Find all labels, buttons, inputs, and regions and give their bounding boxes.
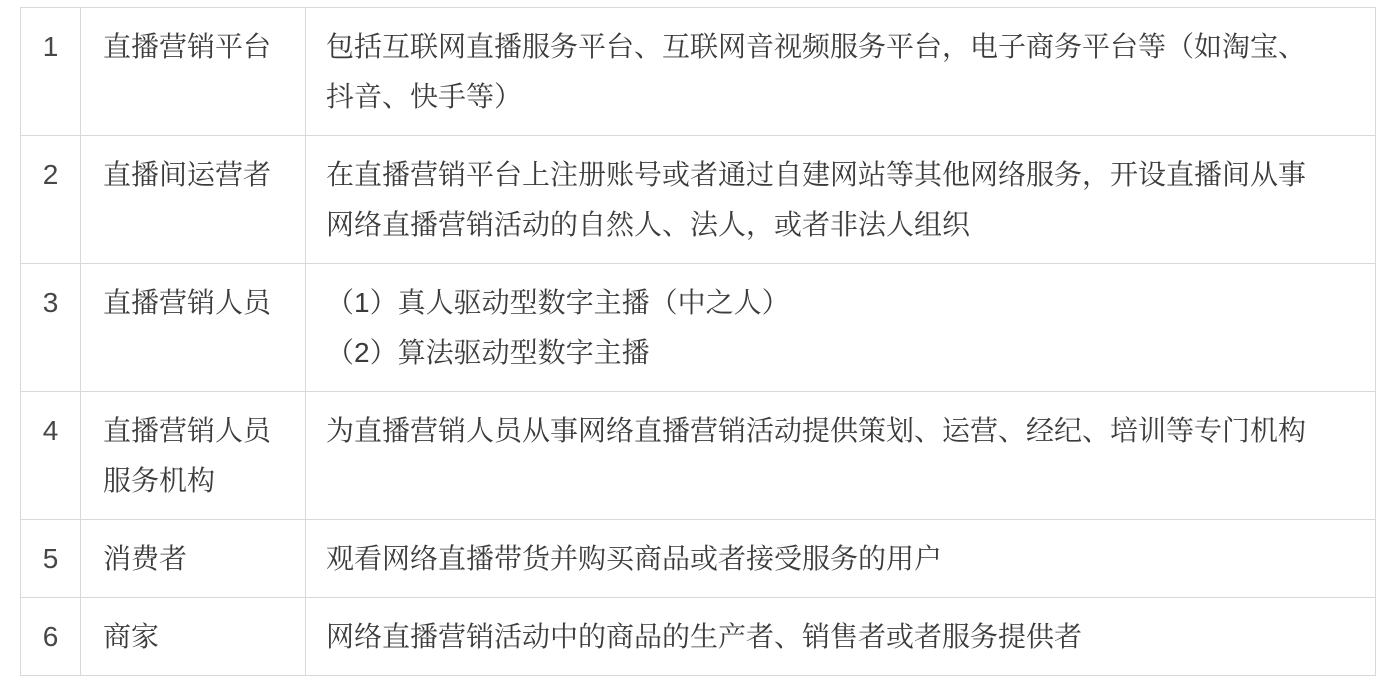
definition-cell: 在直播营销平台上注册账号或者通过自建网站等其他网络服务，开设直播间从事网络直播营… bbox=[306, 136, 1376, 264]
definition-line: 在直播营销平台上注册账号或者通过自建网站等其他网络服务，开设直播间从事 bbox=[326, 150, 1353, 200]
row-number-cell: 2 bbox=[21, 136, 81, 264]
row-number-cell: 6 bbox=[21, 598, 81, 676]
definitions-table: 1 直播营销平台 包括互联网直播服务平台、互联网音视频服务平台，电子商务平台等（… bbox=[20, 7, 1376, 676]
definition-cell: 网络直播营销活动中的商品的生产者、销售者或者服务提供者 bbox=[306, 598, 1376, 676]
row-number-cell: 3 bbox=[21, 264, 81, 392]
table-row: 3 直播营销人员 （1）真人驱动型数字主播（中之人）（2）算法驱动型数字主播 bbox=[21, 264, 1376, 392]
term-line: 直播营销人员 bbox=[103, 278, 285, 328]
term-cell: 直播营销人员服务机构 bbox=[81, 392, 306, 520]
term-cell: 直播营销人员 bbox=[81, 264, 306, 392]
definition-line: （2）算法驱动型数字主播 bbox=[326, 328, 1353, 378]
document-page: 1 直播营销平台 包括互联网直播服务平台、互联网音视频服务平台，电子商务平台等（… bbox=[0, 0, 1388, 700]
definition-line: （1）真人驱动型数字主播（中之人） bbox=[326, 278, 1353, 328]
definition-line: 观看网络直播带货并购买商品或者接受服务的用户 bbox=[326, 534, 1353, 584]
row-number-cell: 1 bbox=[21, 8, 81, 136]
table-row: 2 直播间运营者 在直播营销平台上注册账号或者通过自建网站等其他网络服务，开设直… bbox=[21, 136, 1376, 264]
definition-cell: 观看网络直播带货并购买商品或者接受服务的用户 bbox=[306, 520, 1376, 598]
term-line: 商家 bbox=[103, 612, 285, 662]
term-cell: 直播营销平台 bbox=[81, 8, 306, 136]
definition-line: 包括互联网直播服务平台、互联网音视频服务平台，电子商务平台等（如淘宝、 bbox=[326, 22, 1353, 72]
row-number: 3 bbox=[21, 278, 80, 328]
term-line: 直播营销人员 bbox=[103, 406, 285, 456]
table-row: 5 消费者 观看网络直播带货并购买商品或者接受服务的用户 bbox=[21, 520, 1376, 598]
definition-cell: 包括互联网直播服务平台、互联网音视频服务平台，电子商务平台等（如淘宝、抖音、快手… bbox=[306, 8, 1376, 136]
term-cell: 消费者 bbox=[81, 520, 306, 598]
term-line: 直播间运营者 bbox=[103, 150, 285, 200]
row-number: 1 bbox=[21, 22, 80, 72]
term-cell: 商家 bbox=[81, 598, 306, 676]
table-row: 1 直播营销平台 包括互联网直播服务平台、互联网音视频服务平台，电子商务平台等（… bbox=[21, 8, 1376, 136]
definition-line: 网络直播营销活动中的商品的生产者、销售者或者服务提供者 bbox=[326, 612, 1353, 662]
row-number: 6 bbox=[21, 612, 80, 662]
term-line: 服务机构 bbox=[103, 456, 285, 506]
row-number: 4 bbox=[21, 406, 80, 456]
table-row: 6 商家 网络直播营销活动中的商品的生产者、销售者或者服务提供者 bbox=[21, 598, 1376, 676]
term-line: 消费者 bbox=[103, 534, 285, 584]
definitions-table-body: 1 直播营销平台 包括互联网直播服务平台、互联网音视频服务平台，电子商务平台等（… bbox=[21, 8, 1376, 676]
definition-cell: （1）真人驱动型数字主播（中之人）（2）算法驱动型数字主播 bbox=[306, 264, 1376, 392]
term-cell: 直播间运营者 bbox=[81, 136, 306, 264]
table-row: 4 直播营销人员服务机构 为直播营销人员从事网络直播营销活动提供策划、运营、经纪… bbox=[21, 392, 1376, 520]
definition-line: 网络直播营销活动的自然人、法人，或者非法人组织 bbox=[326, 200, 1353, 250]
term-line: 直播营销平台 bbox=[103, 22, 285, 72]
row-number: 5 bbox=[21, 534, 80, 584]
definition-line: 抖音、快手等） bbox=[326, 72, 1353, 122]
definition-line: 为直播营销人员从事网络直播营销活动提供策划、运营、经纪、培训等专门机构 bbox=[326, 406, 1353, 456]
row-number-cell: 4 bbox=[21, 392, 81, 520]
definition-cell: 为直播营销人员从事网络直播营销活动提供策划、运营、经纪、培训等专门机构 bbox=[306, 392, 1376, 520]
row-number: 2 bbox=[21, 150, 80, 200]
row-number-cell: 5 bbox=[21, 520, 81, 598]
